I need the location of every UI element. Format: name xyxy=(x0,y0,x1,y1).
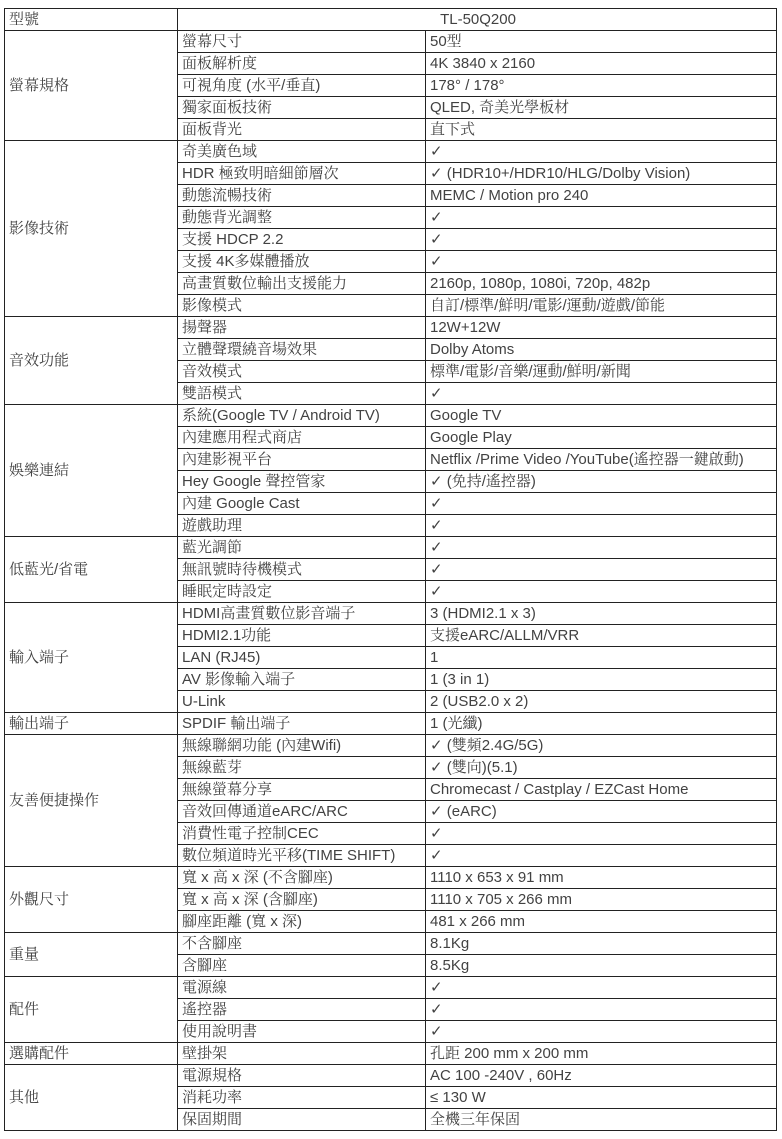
spec-value-cell: ✓ xyxy=(426,581,777,603)
spec-value-cell: ✓ xyxy=(426,229,777,251)
spec-label-cell: 無線聯網功能 (內建Wifi) xyxy=(178,735,426,757)
spec-row: 友善便捷操作無線聯網功能 (內建Wifi)✓ (雙頻2.4G/5G) xyxy=(5,735,777,757)
spec-label-cell: 動態流暢技術 xyxy=(178,185,426,207)
spec-label-cell: 獨家面板技術 xyxy=(178,97,426,119)
spec-label-cell: 腳座距離 (寬 x 深) xyxy=(178,911,426,933)
spec-value-cell: ✓ xyxy=(426,493,777,515)
category-cell: 配件 xyxy=(5,977,178,1043)
spec-value-cell: 2160p, 1080p, 1080i, 720p, 482p xyxy=(426,273,777,295)
category-cell: 娛樂連結 xyxy=(5,405,178,537)
spec-label-cell: 可視角度 (水平/垂直) xyxy=(178,75,426,97)
spec-value-cell: ✓ (eARC) xyxy=(426,801,777,823)
spec-label-cell: 電源線 xyxy=(178,977,426,999)
spec-label-cell: 音效模式 xyxy=(178,361,426,383)
spec-value-cell: 1110 x 705 x 266 mm xyxy=(426,889,777,911)
category-cell: 音效功能 xyxy=(5,317,178,405)
category-cell: 重量 xyxy=(5,933,178,977)
spec-value-cell: ✓ (免持/遙控器) xyxy=(426,471,777,493)
spec-label-cell: 奇美廣色域 xyxy=(178,141,426,163)
spec-value-cell: 481 x 266 mm xyxy=(426,911,777,933)
spec-value-cell: ✓ xyxy=(426,141,777,163)
spec-row: 配件電源線✓ xyxy=(5,977,777,999)
spec-label-cell: HDMI2.1功能 xyxy=(178,625,426,647)
category-cell: 選購配件 xyxy=(5,1043,178,1065)
spec-label-cell: 立體聲環繞音場效果 xyxy=(178,339,426,361)
spec-value-cell: ✓ (雙向)(5.1) xyxy=(426,757,777,779)
spec-label-cell: 內建影視平台 xyxy=(178,449,426,471)
spec-label-cell: 消耗功率 xyxy=(178,1087,426,1109)
spec-label-cell: 音效回傳通道eARC/ARC xyxy=(178,801,426,823)
spec-value-cell: 3 (HDMI2.1 x 3) xyxy=(426,603,777,625)
spec-label-cell: 藍光調節 xyxy=(178,537,426,559)
spec-row: 重量不含腳座8.1Kg xyxy=(5,933,777,955)
spec-value-cell: QLED, 奇美光學板材 xyxy=(426,97,777,119)
spec-value-cell: ✓ (雙頻2.4G/5G) xyxy=(426,735,777,757)
spec-label-cell: 無線螢幕分享 xyxy=(178,779,426,801)
spec-label-cell: 雙語模式 xyxy=(178,383,426,405)
category-cell: 輸入端子 xyxy=(5,603,178,713)
spec-value-cell: ✓ xyxy=(426,1021,777,1043)
category-cell: 輸出端子 xyxy=(5,713,178,735)
spec-value-cell: 12W+12W xyxy=(426,317,777,339)
spec-value-cell: Google Play xyxy=(426,427,777,449)
spec-value-cell: ✓ xyxy=(426,251,777,273)
spec-row: 輸入端子HDMI高畫質數位影音端子3 (HDMI2.1 x 3) xyxy=(5,603,777,625)
spec-value-cell: 全機三年保固 xyxy=(426,1109,777,1131)
spec-label-cell: 遙控器 xyxy=(178,999,426,1021)
spec-value-cell: ✓ xyxy=(426,845,777,867)
spec-label-cell: 電源規格 xyxy=(178,1065,426,1087)
spec-value-cell: 50型 xyxy=(426,31,777,53)
category-cell: 螢幕規格 xyxy=(5,31,178,141)
spec-label-cell: HDMI高畫質數位影音端子 xyxy=(178,603,426,625)
spec-value-cell: 4K 3840 x 2160 xyxy=(426,53,777,75)
spec-label-cell: 睡眠定時設定 xyxy=(178,581,426,603)
spec-label-cell: 揚聲器 xyxy=(178,317,426,339)
spec-label-cell: 面板背光 xyxy=(178,119,426,141)
spec-label-cell: SPDIF 輸出端子 xyxy=(178,713,426,735)
spec-value-cell: 1 xyxy=(426,647,777,669)
spec-value-cell: 178° / 178° xyxy=(426,75,777,97)
spec-row: 輸出端子SPDIF 輸出端子1 (光纖) xyxy=(5,713,777,735)
spec-label-cell: 螢幕尺寸 xyxy=(178,31,426,53)
category-cell: 友善便捷操作 xyxy=(5,735,178,867)
spec-label-cell: 動態背光調整 xyxy=(178,207,426,229)
category-cell: 外觀尺寸 xyxy=(5,867,178,933)
spec-label-cell: HDR 極致明暗細節層次 xyxy=(178,163,426,185)
spec-value-cell: Chromecast / Castplay / EZCast Home xyxy=(426,779,777,801)
spec-row: 選購配件壁掛架孔距 200 mm x 200 mm xyxy=(5,1043,777,1065)
spec-label-cell: LAN (RJ45) xyxy=(178,647,426,669)
spec-label-cell: 內建應用程式商店 xyxy=(178,427,426,449)
spec-value-cell: ✓ (HDR10+/HDR10/HLG/Dolby Vision) xyxy=(426,163,777,185)
spec-value-cell: ✓ xyxy=(426,515,777,537)
spec-label-cell: AV 影像輸入端子 xyxy=(178,669,426,691)
category-cell: 低藍光/省電 xyxy=(5,537,178,603)
spec-value-cell: ✓ xyxy=(426,559,777,581)
spec-label-cell: 數位頻道時光平移(TIME SHIFT) xyxy=(178,845,426,867)
spec-row: 低藍光/省電藍光調節✓ xyxy=(5,537,777,559)
spec-row: 影像技術奇美廣色域✓ xyxy=(5,141,777,163)
spec-value-cell: 支援eARC/ALLM/VRR xyxy=(426,625,777,647)
spec-value-cell: 自訂/標準/鮮明/電影/運動/遊戲/節能 xyxy=(426,295,777,317)
spec-value-cell: ✓ xyxy=(426,977,777,999)
category-cell: 影像技術 xyxy=(5,141,178,317)
spec-label-cell: 不含腳座 xyxy=(178,933,426,955)
spec-label-cell: 遊戲助理 xyxy=(178,515,426,537)
spec-label-cell: 影像模式 xyxy=(178,295,426,317)
spec-label-cell: 高畫質數位輸出支援能力 xyxy=(178,273,426,295)
spec-value-cell: 8.5Kg xyxy=(426,955,777,977)
spec-value-cell: 2 (USB2.0 x 2) xyxy=(426,691,777,713)
spec-table: 型號 TL-50Q200 螢幕規格螢幕尺寸50型面板解析度4K 3840 x 2… xyxy=(4,8,777,1131)
spec-label-cell: 無訊號時待機模式 xyxy=(178,559,426,581)
spec-label-cell: 內建 Google Cast xyxy=(178,493,426,515)
spec-value-cell: AC 100 -240V , 60Hz xyxy=(426,1065,777,1087)
spec-label-cell: 含腳座 xyxy=(178,955,426,977)
spec-label-cell: Hey Google 聲控管家 xyxy=(178,471,426,493)
spec-row: 外觀尺寸寬 x 高 x 深 (不含腳座)1110 x 653 x 91 mm xyxy=(5,867,777,889)
spec-value-cell: ✓ xyxy=(426,999,777,1021)
spec-row: 其他電源規格AC 100 -240V , 60Hz xyxy=(5,1065,777,1087)
spec-value-cell: ≤ 130 W xyxy=(426,1087,777,1109)
spec-label-cell: 保固期間 xyxy=(178,1109,426,1131)
spec-label-cell: 壁掛架 xyxy=(178,1043,426,1065)
spec-label-cell: 支援 4K多媒體播放 xyxy=(178,251,426,273)
spec-table-body: 型號 TL-50Q200 螢幕規格螢幕尺寸50型面板解析度4K 3840 x 2… xyxy=(5,9,777,1131)
spec-value-cell: Google TV xyxy=(426,405,777,427)
spec-value-cell: ✓ xyxy=(426,207,777,229)
spec-label-cell: 系統(Google TV / Android TV) xyxy=(178,405,426,427)
spec-value-cell: 8.1Kg xyxy=(426,933,777,955)
spec-label-cell: U-Link xyxy=(178,691,426,713)
spec-value-cell: ✓ xyxy=(426,823,777,845)
spec-label-cell: 消費性電子控制CEC xyxy=(178,823,426,845)
spec-row: 螢幕規格螢幕尺寸50型 xyxy=(5,31,777,53)
spec-value-cell: 直下式 xyxy=(426,119,777,141)
spec-row: 音效功能揚聲器12W+12W xyxy=(5,317,777,339)
spec-value-cell: 1 (3 in 1) xyxy=(426,669,777,691)
model-row: 型號 TL-50Q200 xyxy=(5,9,777,31)
spec-value-cell: ✓ xyxy=(426,383,777,405)
spec-value-cell: 標準/電影/音樂/運動/鮮明/新聞 xyxy=(426,361,777,383)
spec-value-cell: 1 (光纖) xyxy=(426,713,777,735)
spec-value-cell: Dolby Atoms xyxy=(426,339,777,361)
spec-value-cell: MEMC / Motion pro 240 xyxy=(426,185,777,207)
category-cell: 其他 xyxy=(5,1065,178,1131)
spec-label-cell: 無線藍芽 xyxy=(178,757,426,779)
spec-value-cell: 1110 x 653 x 91 mm xyxy=(426,867,777,889)
spec-label-cell: 面板解析度 xyxy=(178,53,426,75)
model-label-cell: 型號 xyxy=(5,9,178,31)
spec-label-cell: 支援 HDCP 2.2 xyxy=(178,229,426,251)
spec-row: 娛樂連結系統(Google TV / Android TV)Google TV xyxy=(5,405,777,427)
spec-label-cell: 使用說明書 xyxy=(178,1021,426,1043)
spec-value-cell: Netflix /Prime Video /YouTube(遙控器一鍵啟動) xyxy=(426,449,777,471)
spec-value-cell: ✓ xyxy=(426,537,777,559)
model-value-cell: TL-50Q200 xyxy=(178,9,777,31)
spec-label-cell: 寬 x 高 x 深 (含腳座) xyxy=(178,889,426,911)
spec-value-cell: 孔距 200 mm x 200 mm xyxy=(426,1043,777,1065)
spec-label-cell: 寬 x 高 x 深 (不含腳座) xyxy=(178,867,426,889)
